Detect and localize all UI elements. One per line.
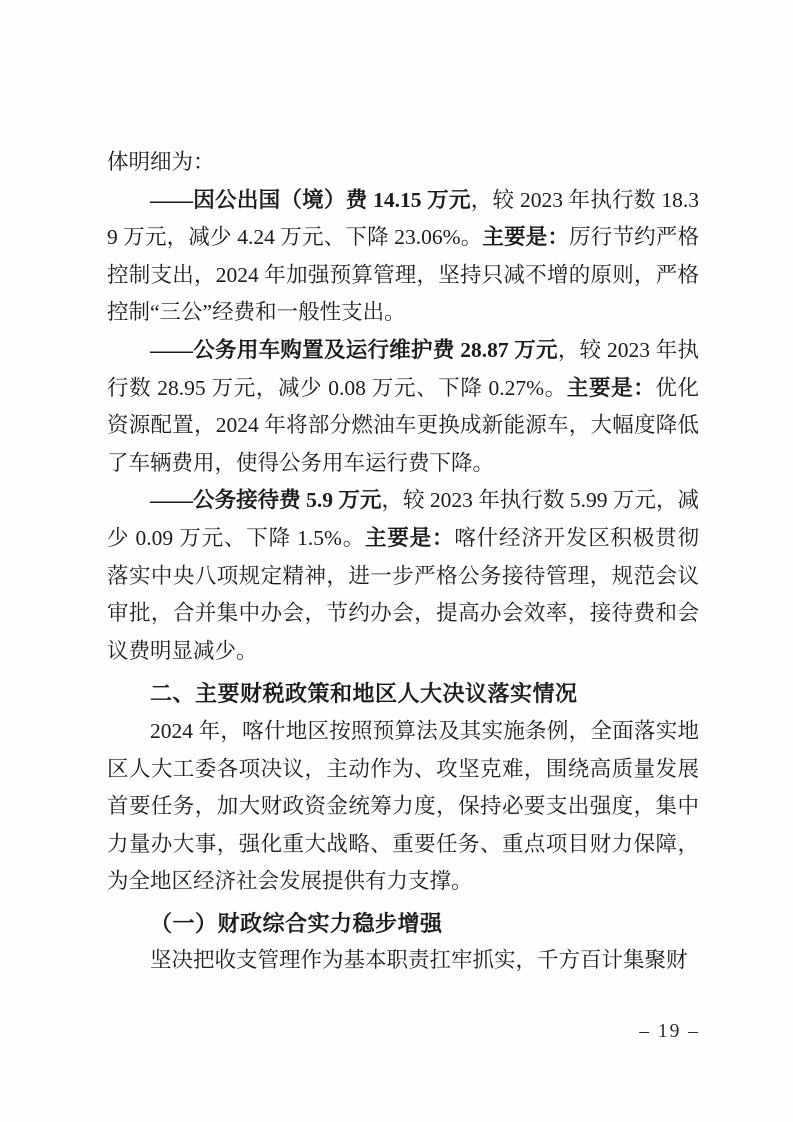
abroad-expense-amount: ——因公出国（境）费 14.15 万元: [150, 188, 471, 212]
para-vehicle-expense: ——公务用车购置及运行维护费 28.87 万元，较 2023 年执行数 28.9…: [107, 332, 699, 482]
reception-expense-amount: ——公务接待费 5.9 万元: [150, 488, 381, 512]
abroad-expense-reason-label: 主要是：: [482, 225, 569, 249]
document-page: 体明细为： ——因公出国（境）费 14.15 万元，较 2023 年执行数 18…: [0, 0, 793, 1122]
para-revenue-management: 坚决把收支管理作为基本职责扛牢抓实，千方百计集聚财: [107, 942, 699, 980]
page-number: – 19 –: [639, 1020, 700, 1044]
para-abroad-expense: ——因公出国（境）费 14.15 万元，较 2023 年执行数 18.39 万元…: [107, 182, 699, 332]
section-heading-fiscal-policy: 二、主要财税政策和地区人大决议落实情况: [107, 675, 699, 713]
subsection-heading-fiscal-strength: （一）财政综合实力稳步增强: [107, 905, 699, 943]
para-reception-expense: ——公务接待费 5.9 万元，较 2023 年执行数 5.99 万元，减少 0.…: [107, 482, 699, 670]
intro-line: 体明细为：: [107, 144, 699, 182]
vehicle-expense-amount: ——公务用车购置及运行维护费 28.87 万元: [150, 338, 558, 362]
page-content: 体明细为： ——因公出国（境）费 14.15 万元，较 2023 年执行数 18…: [107, 144, 699, 980]
para-policy-implementation: 2024 年，喀什地区按照预算法及其实施条例，全面落实地区人大工委各项决议，主动…: [107, 713, 699, 901]
reception-expense-reason-label: 主要是：: [365, 526, 454, 550]
vehicle-expense-reason-label: 主要是：: [567, 376, 656, 400]
